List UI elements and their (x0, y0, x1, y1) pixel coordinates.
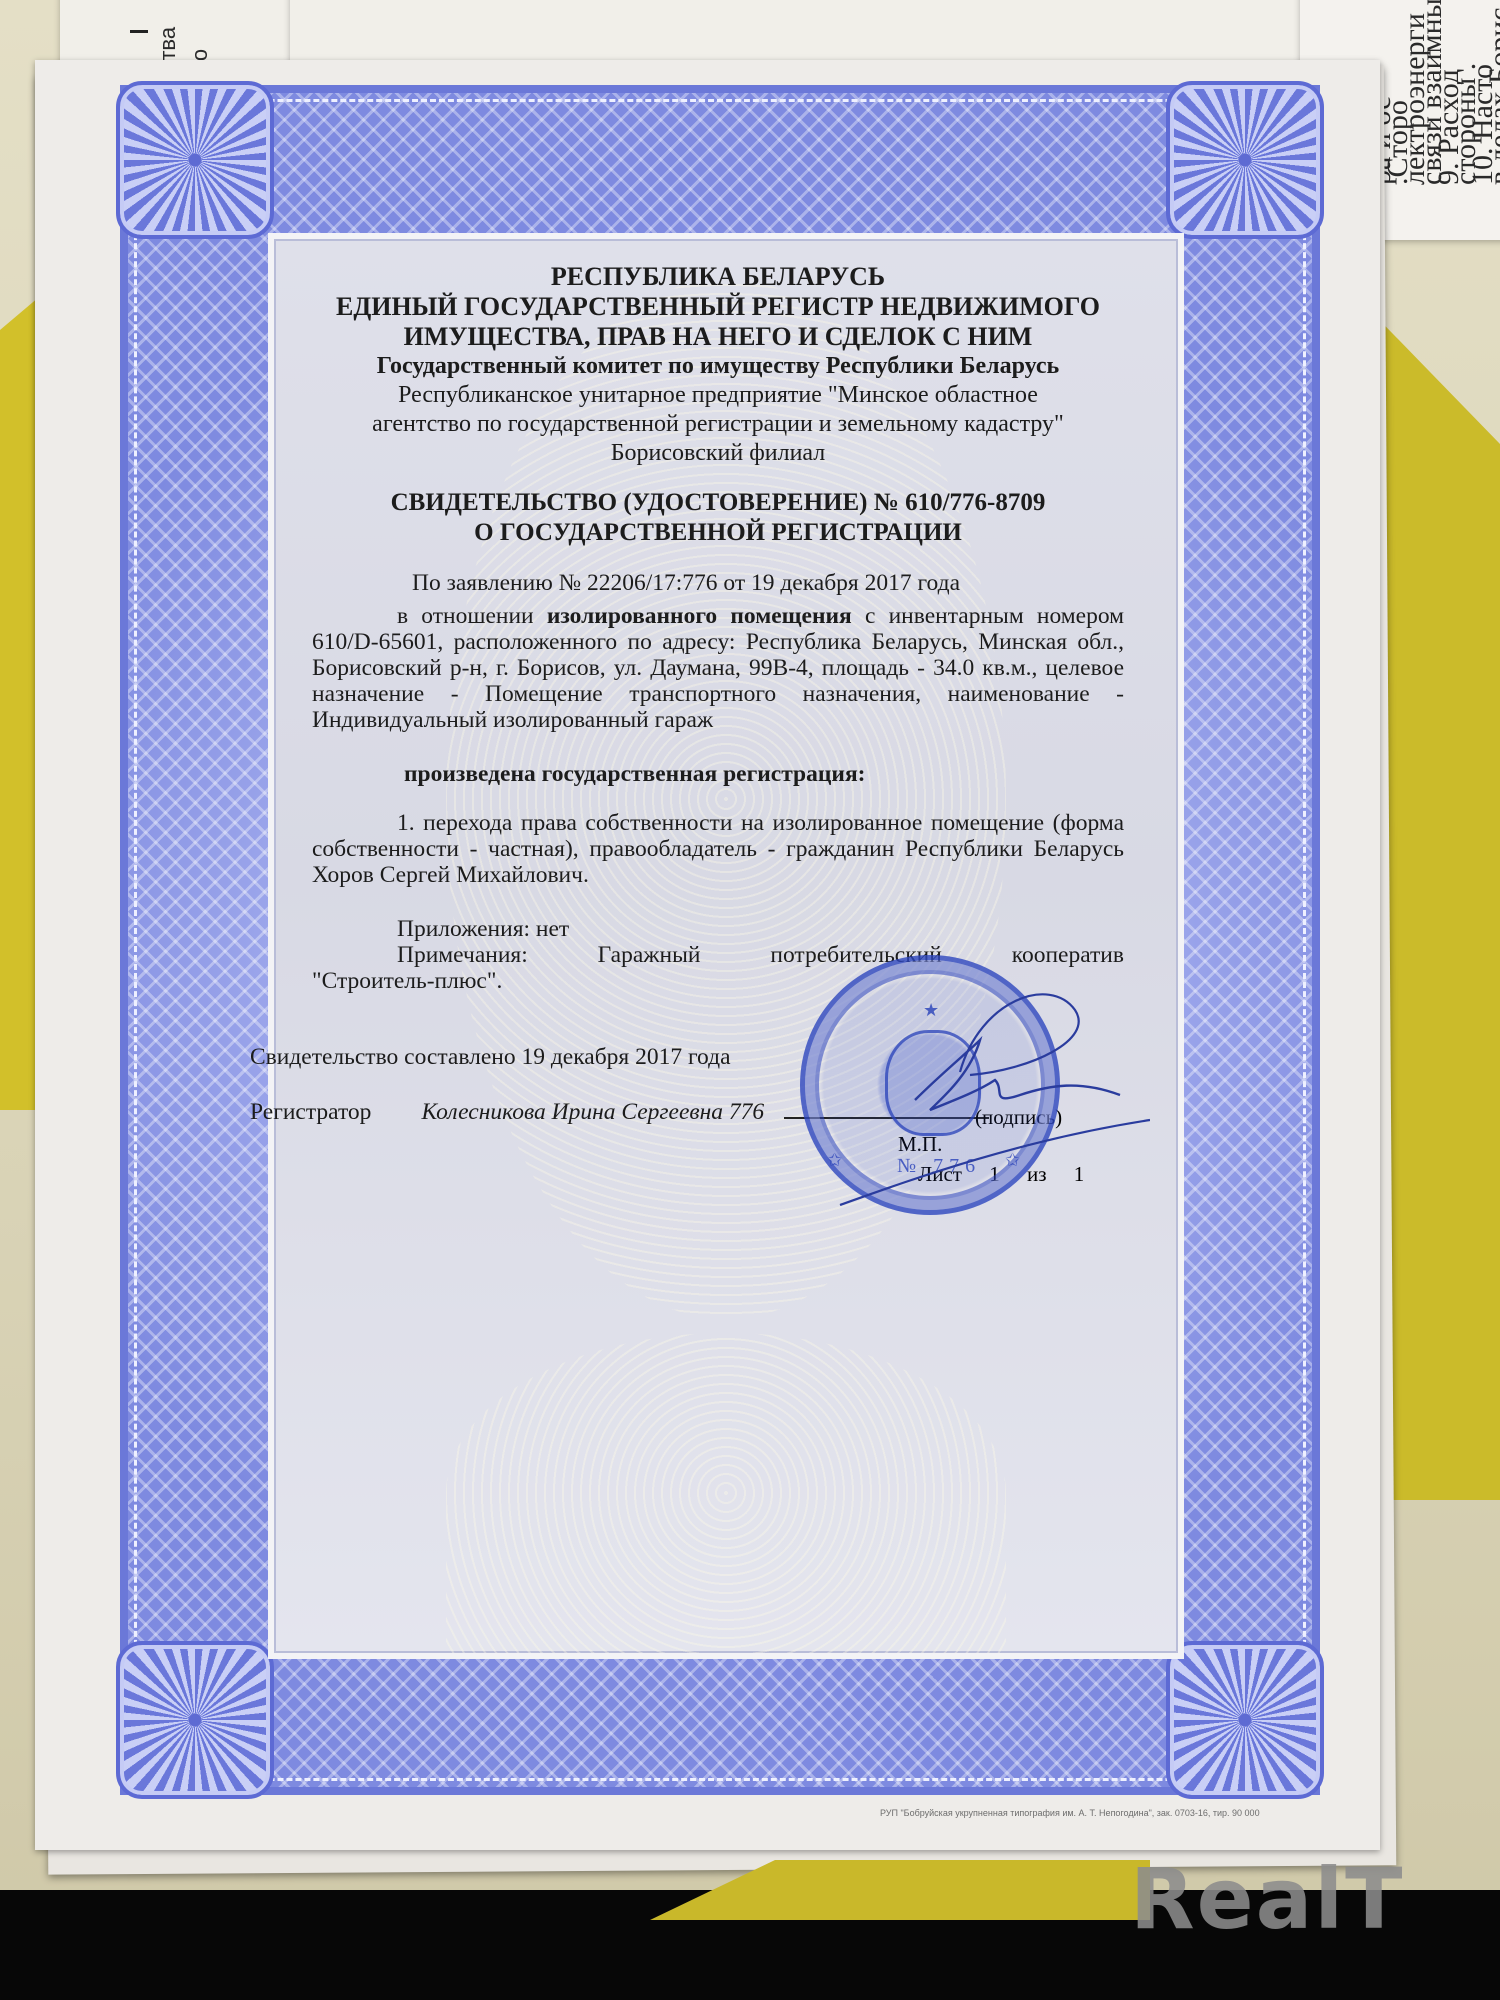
certificate-title: СВИДЕТЕЛЬСТВО (УДОСТОВЕРЕНИЕ) № 610/776-… (312, 488, 1124, 518)
notes-label: Примечания: (397, 942, 528, 968)
registration-heading: произведена государственная регистрация: (404, 761, 1124, 788)
agency-line1: Республиканское унитарное предприятие "М… (312, 381, 1124, 410)
background-text-line: в делах Борис (1480, 5, 1497, 185)
registration-item: 1. перехода права собственности на изоли… (312, 810, 1124, 888)
background-text-line: лектроэнерги (1395, 5, 1412, 185)
corner-ornament (116, 1641, 274, 1799)
background-text-line: стороны . (1446, 5, 1463, 185)
committee-name: Государственный комитет по имуществу Рес… (312, 352, 1124, 381)
application-line: По заявлению № 22206/17:776 от 19 декабр… (412, 570, 1124, 597)
corner-ornament (1166, 1641, 1324, 1799)
corner-ornament (1166, 81, 1324, 239)
notes-line: Примечания: Гаражный потребительский коо… (397, 942, 1124, 968)
background-text-line: связи взаимны (1412, 5, 1429, 185)
security-watermark (446, 1333, 1006, 1653)
country-heading: РЕСПУБЛИКА БЕЛАРУСЬ (312, 262, 1124, 292)
register-heading-line2: ИМУЩЕСТВА, ПРАВ НА НЕГО И СДЕЛОК С НИМ (312, 322, 1124, 352)
agency-line2: агентство по государственной регистрации… (312, 410, 1124, 439)
corner-ornament (116, 81, 274, 239)
printer-imprint: РУП "Бобруйская укрупненная типография и… (880, 1808, 1260, 1818)
register-heading-line1: ЕДИНЫЙ ГОСУДАРСТВЕННЫЙ РЕГИСТР НЕДВИЖИМО… (312, 292, 1124, 322)
background-text-line: 10. Насто (1463, 5, 1480, 185)
realt-watermark-logo: RealT (1130, 1857, 1404, 1941)
object-type: изолированного помещения (547, 603, 852, 629)
branch-name: Борисовский филиал (312, 439, 1124, 468)
background-text-line: 9. Расход (1429, 5, 1446, 185)
handwritten-signature (820, 980, 1150, 1210)
certificate-subtitle: О ГОСУДАРСТВЕННОЙ РЕГИСТРАЦИИ (312, 518, 1124, 548)
appendix-line: Приложения: нет (312, 916, 1124, 942)
object-description: в отношении изолированного помещения с и… (312, 603, 1124, 733)
registrar-name: Колесникова Ирина Сергеевна 776 (421, 1099, 764, 1126)
registrar-label: Регистратор (250, 1099, 371, 1126)
